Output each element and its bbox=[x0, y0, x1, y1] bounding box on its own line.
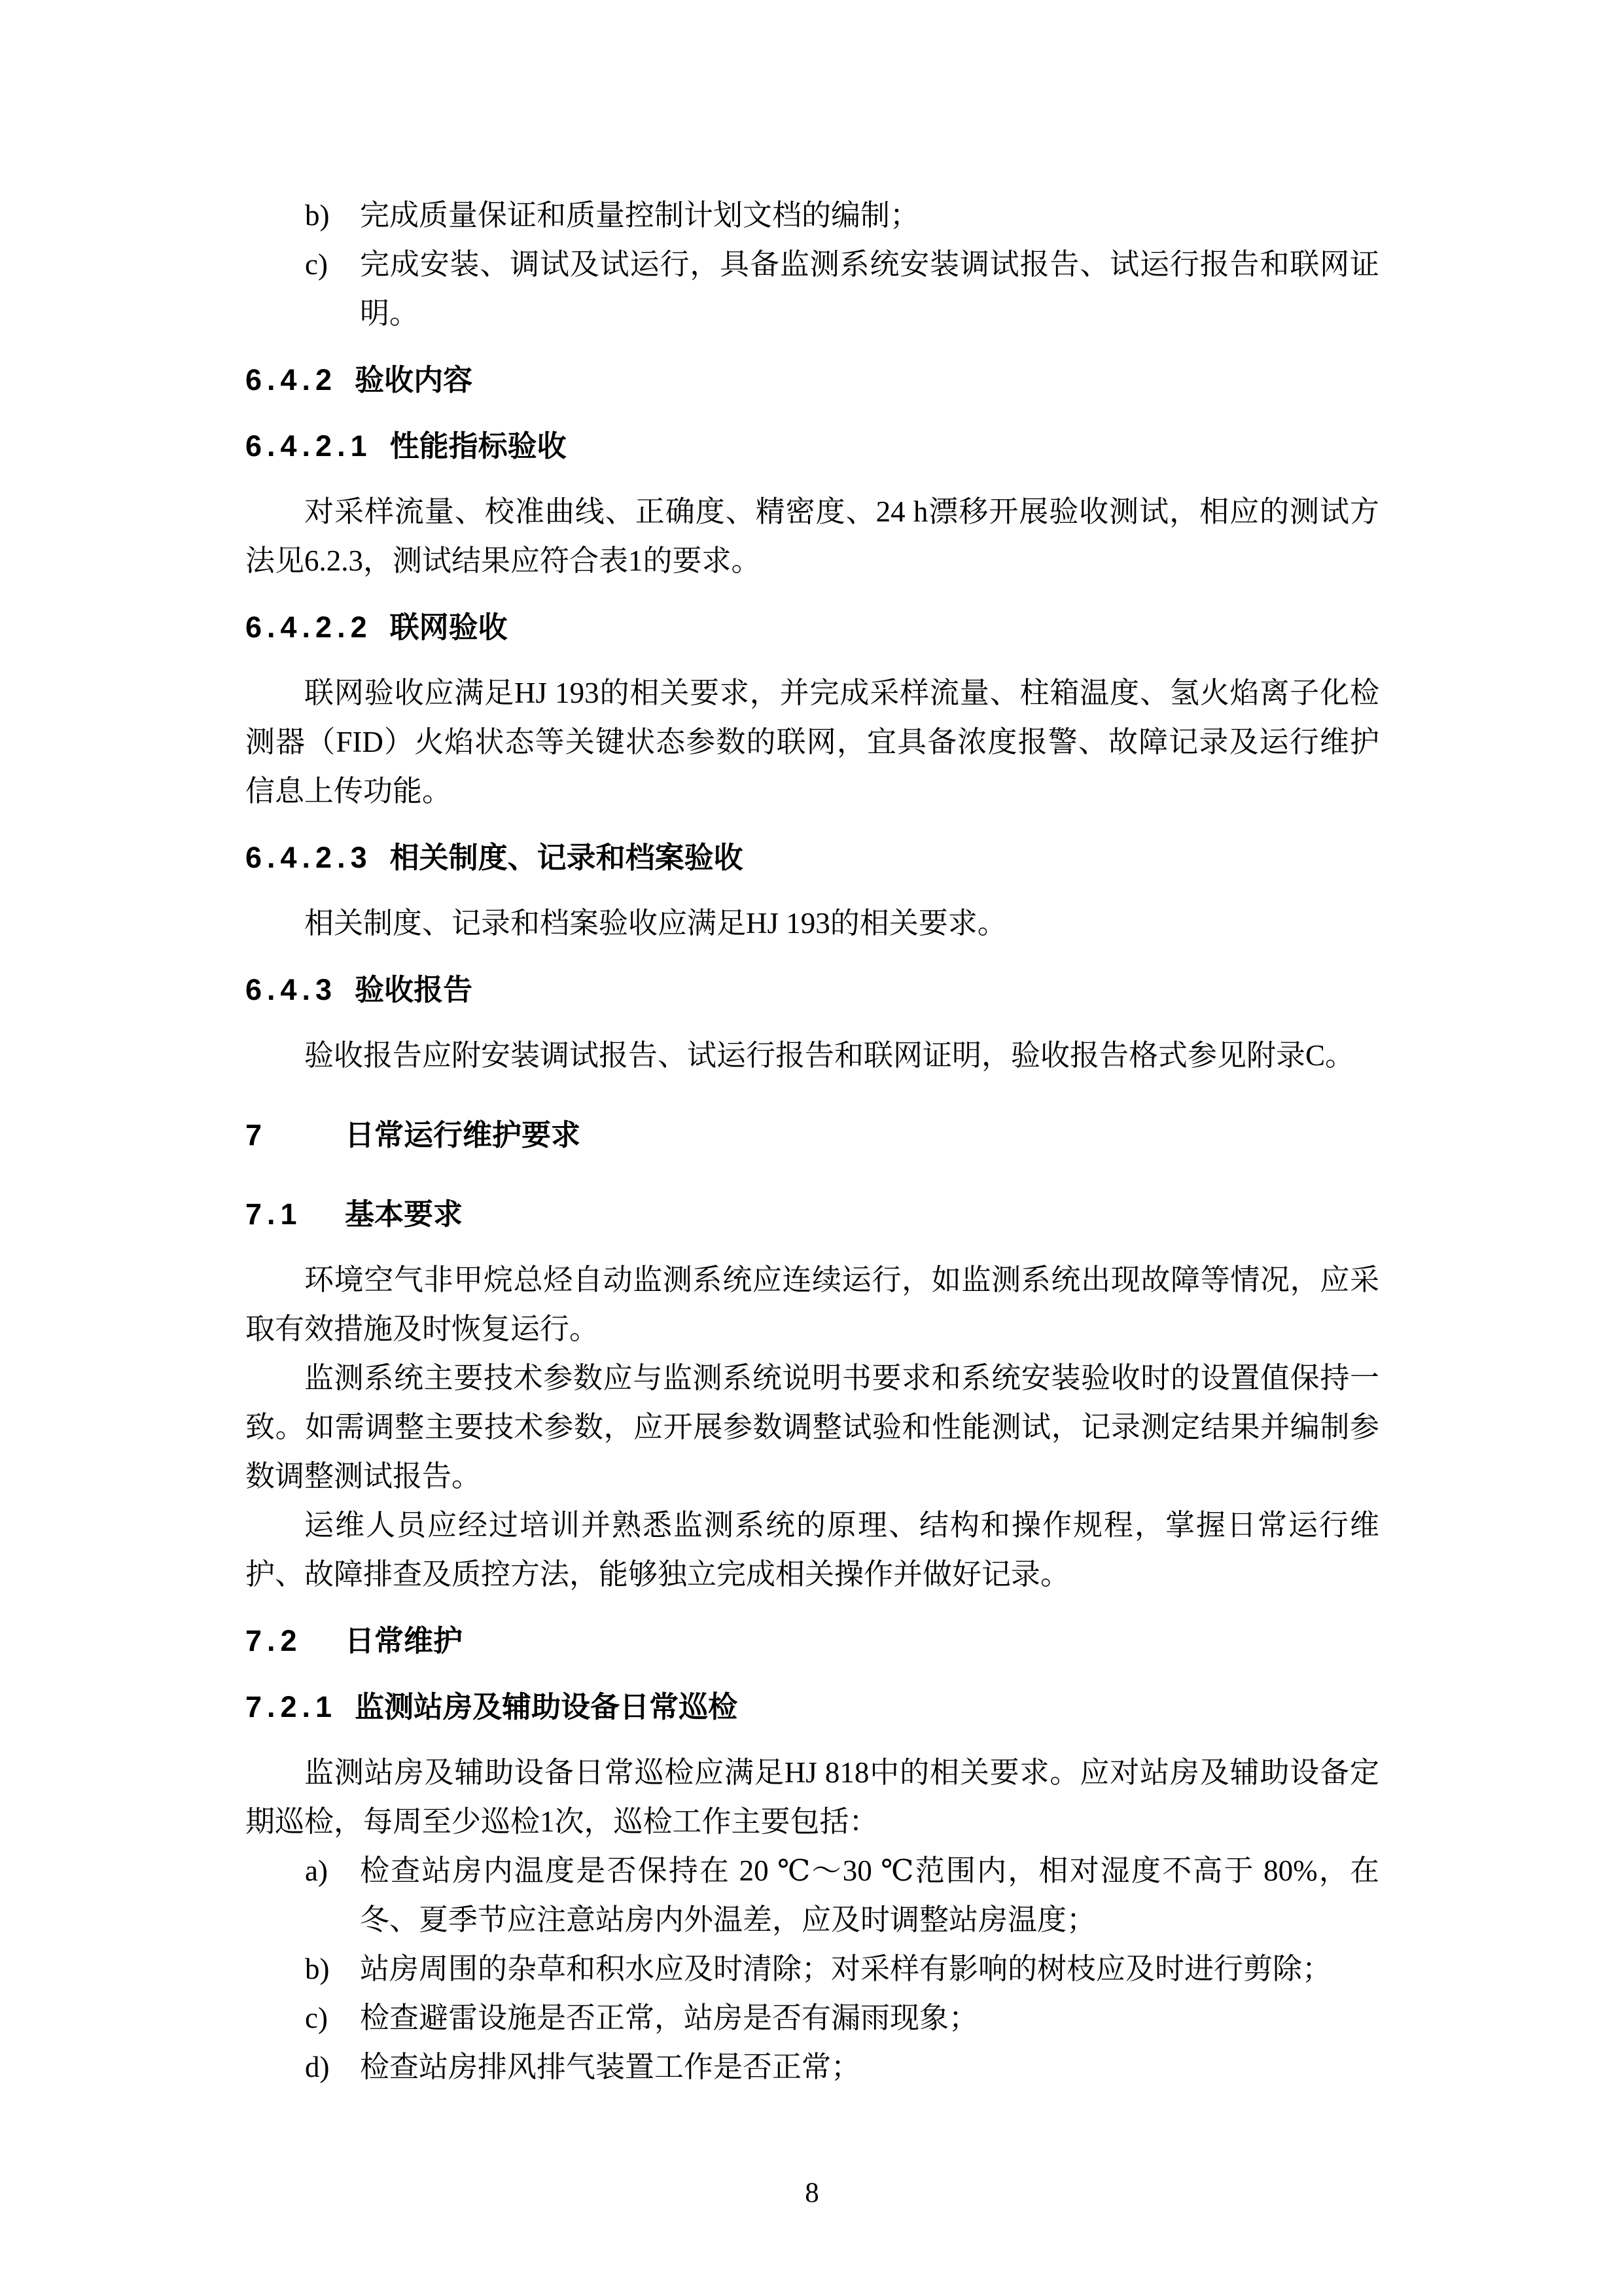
section-title: 相关制度、记录和档案验收 bbox=[390, 841, 743, 874]
chapter-heading: 7日常运行维护要求 bbox=[245, 1110, 1379, 1159]
list-item-label: c) bbox=[305, 1994, 328, 2043]
paragraph: 环境空气非甲烷总烃自动监测系统应连续运行，如监测系统出现故障等情况，应采取有效措… bbox=[245, 1256, 1379, 1354]
paragraph: 联网验收应满足HJ 193的相关要求，并完成采样流量、柱箱温度、氢火焰离子化检测… bbox=[245, 669, 1379, 816]
section-number: 6.4.2 bbox=[245, 355, 337, 404]
document-page: b)完成质量保证和质量控制计划文档的编制；c)完成安装、调试及试运行，具备监测系… bbox=[0, 0, 1624, 2296]
page-footer: 8 bbox=[0, 2174, 1624, 2213]
list-item-text: 检查站房内温度是否保持在 20 ℃～30 ℃范围内，相对湿度不高于 80%，在冬… bbox=[360, 1854, 1379, 1936]
paragraph: 相关制度、记录和档案验收应满足HJ 193的相关要求。 bbox=[245, 899, 1379, 948]
section-heading: 7.2.1监测站房及辅助设备日常巡检 bbox=[245, 1682, 1379, 1731]
list-item-text: 完成质量保证和质量控制计划文档的编制； bbox=[360, 199, 919, 232]
paragraph: 监测系统主要技术参数应与监测系统说明书要求和系统安装验收时的设置值保持一致。如需… bbox=[245, 1354, 1379, 1501]
list-item-label: b) bbox=[305, 1945, 330, 1994]
paragraph: 对采样流量、校准曲线、正确度、精密度、24 h漂移开展验收测试，相应的测试方法见… bbox=[245, 487, 1379, 586]
list-item-label: a) bbox=[305, 1846, 328, 1896]
section-number: 7.1 bbox=[245, 1190, 327, 1239]
section-number: 7.2.1 bbox=[245, 1682, 337, 1731]
paragraph: 监测站房及辅助设备日常巡检应满足HJ 818中的相关要求。应对站房及辅助设备定期… bbox=[245, 1748, 1379, 1846]
section-title: 验收内容 bbox=[355, 363, 472, 397]
list-item-label: c) bbox=[305, 240, 328, 289]
section-number: 6.4.2.3 bbox=[245, 833, 372, 882]
page-content: b)完成质量保证和质量控制计划文档的编制；c)完成安装、调试及试运行，具备监测系… bbox=[245, 191, 1379, 2092]
section-title: 基本要求 bbox=[345, 1197, 463, 1231]
section-title: 日常运行维护要求 bbox=[345, 1118, 580, 1152]
section-number: 7.2 bbox=[245, 1616, 327, 1665]
section-heading: 7.1基本要求 bbox=[245, 1190, 1379, 1239]
paragraph: 验收报告应附安装调试报告、试运行报告和联网证明，验收报告格式参见附录C。 bbox=[245, 1031, 1379, 1080]
section-number: 6.4.2.2 bbox=[245, 603, 372, 652]
paragraph: 运维人员应经过培训并熟悉监测系统的原理、结构和操作规程，掌握日常运行维护、故障排… bbox=[245, 1501, 1379, 1599]
section-title: 性能指标验收 bbox=[390, 429, 567, 463]
list-item: b)完成质量保证和质量控制计划文档的编制； bbox=[245, 191, 1379, 240]
section-heading: 6.4.2.1性能指标验收 bbox=[245, 421, 1379, 470]
page-number: 8 bbox=[805, 2178, 819, 2208]
section-heading: 6.4.2验收内容 bbox=[245, 355, 1379, 404]
list-item-text: 检查避雷设施是否正常，站房是否有漏雨现象； bbox=[360, 2002, 978, 2034]
section-title: 监测站房及辅助设备日常巡检 bbox=[355, 1690, 737, 1723]
list-item: a)检查站房内温度是否保持在 20 ℃～30 ℃范围内，相对湿度不高于 80%，… bbox=[245, 1846, 1379, 1945]
list-item: d)检查站房排风排气装置工作是否正常； bbox=[245, 2043, 1379, 2092]
section-number: 6.4.2.1 bbox=[245, 421, 372, 470]
section-title: 联网验收 bbox=[390, 610, 508, 644]
section-heading: 6.4.2.2联网验收 bbox=[245, 603, 1379, 652]
list-item-text: 检查站房排风排气装置工作是否正常； bbox=[360, 2051, 860, 2083]
section-heading: 6.4.3验收报告 bbox=[245, 965, 1379, 1014]
list-item-label: b) bbox=[305, 191, 330, 240]
list-item-label: d) bbox=[305, 2043, 330, 2092]
section-heading: 6.4.2.3相关制度、记录和档案验收 bbox=[245, 833, 1379, 882]
section-heading: 7.2日常维护 bbox=[245, 1616, 1379, 1665]
list-item: c)完成安装、调试及试运行，具备监测系统安装调试报告、试运行报告和联网证明。 bbox=[245, 240, 1379, 338]
list-item: b)站房周围的杂草和积水应及时清除；对采样有影响的树枝应及时进行剪除； bbox=[245, 1945, 1379, 1994]
section-number: 6.4.3 bbox=[245, 965, 337, 1014]
section-number: 7 bbox=[245, 1110, 327, 1159]
section-title: 验收报告 bbox=[355, 973, 472, 1006]
list-item-text: 完成安装、调试及试运行，具备监测系统安装调试报告、试运行报告和联网证明。 bbox=[360, 248, 1379, 330]
list-item-text: 站房周围的杂草和积水应及时清除；对采样有影响的树枝应及时进行剪除； bbox=[360, 1952, 1332, 1985]
list-item: c)检查避雷设施是否正常，站房是否有漏雨现象； bbox=[245, 1994, 1379, 2043]
section-title: 日常维护 bbox=[345, 1624, 463, 1657]
